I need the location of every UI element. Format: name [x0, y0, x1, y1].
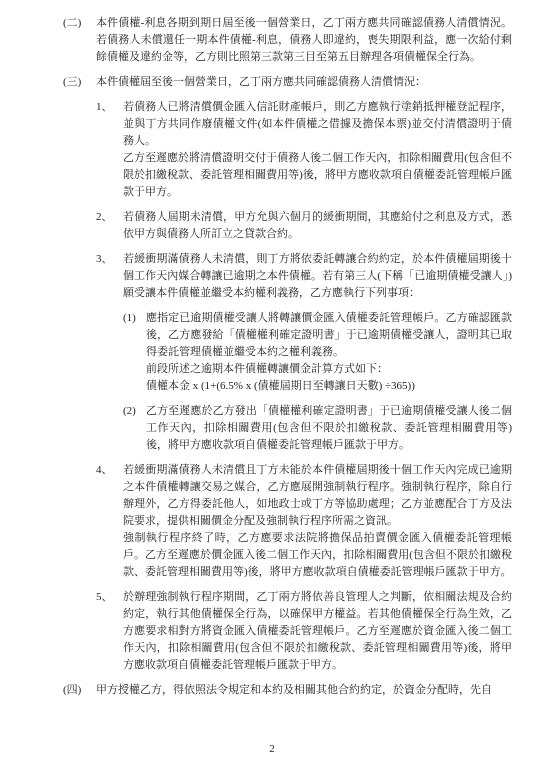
item-1-continuation: 乙方至遲應於將清償證明交付于債務人後二個工作天內，扣除相關費用(包含但不限於扣繳… — [96, 150, 512, 201]
item-3-label: 3、 — [96, 251, 123, 302]
subitem-3-2-label: (2) — [123, 403, 146, 454]
subitem-3-2: (2) 乙方至遲應於乙方發出「債權權利確定證明書」于已逾期債權受讓人後二個工作天… — [123, 403, 512, 454]
clause-2: (二) 本件債權-利息各期到期日屆至後一個營業日，乙丁兩方應共同確認債務人清償情… — [63, 15, 512, 66]
subitem-3-1-continuation-text: 前段所述之逾期本件債權轉讓價金計算方式如下： — [146, 361, 512, 378]
item-3: 3、 若緩衝期滿債務人未清償，則丁方將依委託轉讓合約約定，於本件債權屆期後十個工… — [96, 251, 512, 302]
clause-2-label: (二) — [63, 15, 96, 66]
subitem-3-1: (1) 應指定已逾期債權受讓人將轉讓價金匯入債權委託管理帳戶。乙方確認匯款後，乙… — [123, 310, 512, 361]
item-5: 5、 於辦理強制執行程序期間，乙丁兩方將依善良管理人之判斷，依相關法規及合約約定… — [96, 589, 512, 674]
clause-3: (三) 本件債權屆至後一個營業日，乙丁兩方應共同確認債務人清償情況： — [63, 74, 512, 91]
page-number: 2 — [0, 741, 544, 758]
subitem-3-2-text: 乙方至遲應於乙方發出「債權權利確定證明書」于已逾期債權受讓人後二個工作天內，扣除… — [146, 403, 512, 454]
item-4-continuation-text: 強制執行程序終了時，乙方應要求法院將擔保品拍賣價金匯入債權委託管理帳戶。乙方至遲… — [123, 530, 512, 581]
subitem-3-1-label: (1) — [123, 310, 146, 361]
clause-4-text: 甲方授權乙方，得依照法令規定和本約及相關其他合約約定，於資金分配時，先自 — [96, 682, 512, 699]
item-5-label: 5、 — [96, 589, 123, 674]
clause-4-label: (四) — [63, 682, 96, 699]
item-1-continuation-label — [96, 150, 123, 201]
item-1: 1、 若債務人已將清償價金匯入信託財產帳戶，則乙方應執行塗銷抵押權登記程序，並與… — [96, 99, 512, 150]
item-3-text: 若緩衝期滿債務人未清償，則丁方將依委託轉讓合約約定，於本件債權屆期後十個工作天內… — [123, 251, 512, 302]
item-1-continuation-text: 乙方至遲應於將清償證明交付于債務人後二個工作天內，扣除相關費用(包含但不限於扣繳… — [123, 150, 512, 201]
item-4-continuation: 強制執行程序終了時，乙方應要求法院將擔保品拍賣價金匯入債權委託管理帳戶。乙方至遲… — [96, 530, 512, 581]
clause-4: (四) 甲方授權乙方，得依照法令規定和本約及相關其他合約約定，於資金分配時，先自 — [63, 682, 512, 699]
item-5-text: 於辦理強制執行程序期間，乙丁兩方將依善良管理人之判斷，依相關法規及合約約定，執行… — [123, 589, 512, 674]
subitem-3-1-continuation: 前段所述之逾期本件債權轉讓價金計算方式如下： — [123, 361, 512, 378]
subitem-3-1-text: 應指定已逾期債權受讓人將轉讓價金匯入債權委託管理帳戶。乙方確認匯款後，乙方應發給… — [146, 310, 512, 361]
item-1-text: 若債務人已將清償價金匯入信託財產帳戶，則乙方應執行塗銷抵押權登記程序，並與丁方共… — [123, 99, 512, 150]
subitem-3-1-continuation-label — [123, 361, 146, 378]
item-4: 4、 若緩衝期滿債務人未清償且丁方未能於本件債權屆期後十個工作天內完成已逾期之本… — [96, 462, 512, 530]
transfer-price-formula: 債權本金 x (1+(6.5% x (債權屆期日至轉讓日天數) ÷365)) — [123, 378, 512, 395]
clause-3-text: 本件債權屆至後一個營業日，乙丁兩方應共同確認債務人清償情況： — [96, 74, 512, 91]
clause-2-text: 本件債權-利息各期到期日屆至後一個營業日，乙丁兩方應共同確認債務人清償情況。若債… — [96, 15, 512, 66]
item-4-continuation-label — [96, 530, 123, 581]
transfer-price-formula-text: 債權本金 x (1+(6.5% x (債權屆期日至轉讓日天數) ÷365)) — [146, 378, 512, 395]
item-2-label: 2、 — [96, 209, 123, 243]
item-2-text: 若債務人屆期未清償，甲方允與六個月的緩衝期間，其應給付之利息及方式，悉依甲方與債… — [123, 209, 512, 243]
transfer-price-formula-label — [123, 378, 146, 395]
item-2: 2、 若債務人屆期未清償，甲方允與六個月的緩衝期間，其應給付之利息及方式，悉依甲… — [96, 209, 512, 243]
clause-3-label: (三) — [63, 74, 96, 91]
item-4-text: 若緩衝期滿債務人未清償且丁方未能於本件債權屆期後十個工作天內完成已逾期之本件債權… — [123, 462, 512, 530]
item-4-label: 4、 — [96, 462, 123, 530]
item-1-label: 1、 — [96, 99, 123, 150]
contract-page: (二) 本件債權-利息各期到期日屆至後一個營業日，乙丁兩方應共同確認債務人清償情… — [0, 0, 544, 776]
